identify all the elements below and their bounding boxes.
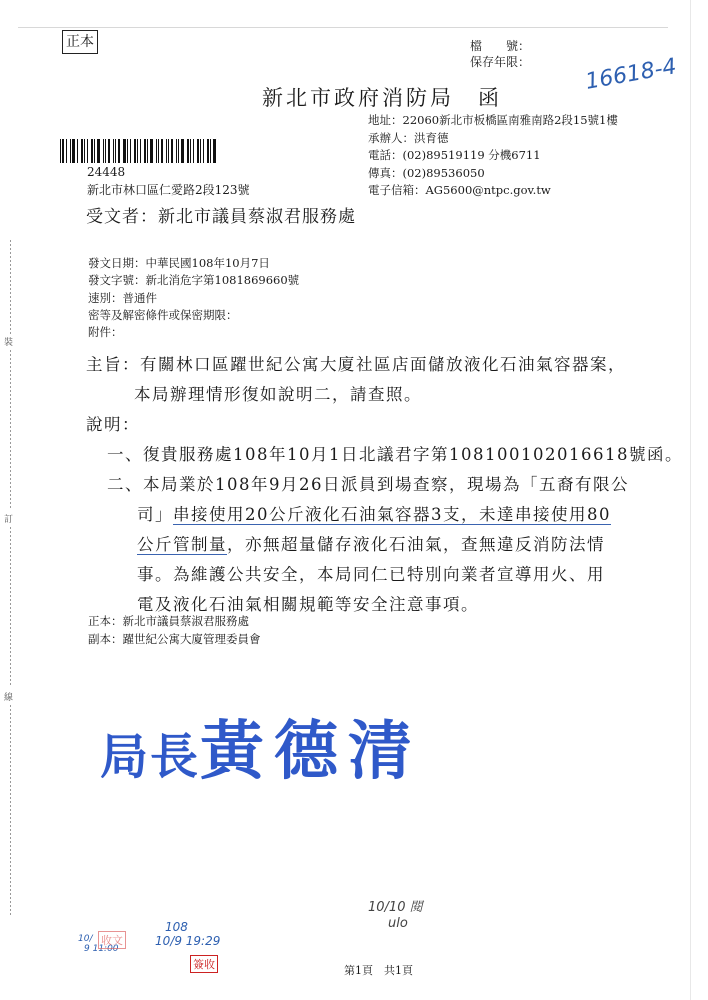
issue-date: 發文日期：中華民國108年10月7日 bbox=[88, 255, 299, 272]
subject-block: 主旨：有關林口區躍世紀公寓大廈社區店面儲放液化石油氣容器案， 本局辦理情形復如說… bbox=[86, 350, 626, 410]
attachments: 附件： bbox=[88, 324, 299, 341]
scan-right-edge bbox=[690, 0, 691, 1000]
item2-line-2-pre: 司」 bbox=[137, 505, 173, 524]
recipient-postal-block: 24448 新北市林口區仁愛路2段123號 bbox=[87, 163, 250, 199]
document-number: 發文字號：新北消危字第1081869660號 bbox=[88, 272, 299, 289]
recipient-address: 新北市林口區仁愛路2段123號 bbox=[87, 181, 250, 199]
item2-line-2-underlined: 串接使用20公斤液化石油氣容器3支，未達串接使用80 bbox=[173, 505, 611, 525]
distribution-copy: 副本：躍世紀公寓大廈管理委員會 bbox=[88, 630, 261, 648]
postal-barcode bbox=[60, 139, 221, 163]
receipt-stamp-1: 收文 bbox=[98, 931, 126, 949]
binding-mark-line: 線 bbox=[4, 690, 13, 703]
reviewer-handwriting: 10/10 閱 ulo bbox=[368, 900, 423, 932]
subject-line-2: 本局辦理情形復如說明二，請查照。 bbox=[86, 380, 626, 410]
binding-line-segment bbox=[10, 350, 11, 510]
explanation-item-2: 二、本局業於108年9月26日派員到場查察，現場為「五裔有限公 司」串接使用20… bbox=[107, 470, 647, 620]
sender-address: 地址：22060新北市板橋區南雅南路2段15號1樓 bbox=[368, 112, 618, 130]
item2-line-1: 二、本局業於108年9月26日派員到場查察，現場為「五裔有限公 bbox=[107, 470, 647, 500]
item2-line-3-post: ，亦無超量儲存液化石油氣，查無違反消防法情 bbox=[227, 535, 605, 554]
sender-email: 電子信箱：AG5600@ntpc.gov.tw bbox=[368, 182, 618, 200]
explanation-label: 說明： bbox=[86, 410, 140, 440]
delivery-speed: 速別：普通件 bbox=[88, 290, 299, 307]
sender-phone: 電話：(02)89519119 分機6711 bbox=[368, 147, 618, 165]
subject-line-1: 有關林口區躍世紀公寓大廈社區店面儲放液化石油氣容器案， bbox=[140, 355, 626, 374]
distribution-original: 正本：新北市議員蔡淑君服務處 bbox=[88, 612, 261, 630]
document-meta-block: 發文日期：中華民國108年10月7日 發文字號：新北消危字第1081869660… bbox=[88, 255, 299, 341]
binding-mark-bind: 裝 bbox=[4, 335, 13, 348]
retention-label: 保存年限： bbox=[470, 53, 530, 71]
binding-line-segment bbox=[10, 240, 11, 335]
sender-handler: 承辦人：洪育德 bbox=[368, 130, 618, 148]
confidentiality: 密等及解密條件或保密期限： bbox=[88, 307, 299, 324]
recipient-zip: 24448 bbox=[87, 163, 250, 181]
item2-line-4: 事。為維護公共安全，本局同仁已特別向業者宣導用火、用 bbox=[107, 560, 647, 590]
sender-fax: 傳真：(02)89536050 bbox=[368, 165, 618, 183]
scan-top-edge bbox=[18, 27, 668, 28]
binding-line-segment bbox=[10, 527, 11, 687]
binding-line-segment bbox=[10, 705, 11, 915]
receipt-handwriting-2: 108 10/9 19:29 bbox=[155, 920, 220, 948]
receipt-stamp-2: 簽收 bbox=[190, 955, 218, 973]
sender-info-block: 地址：22060新北市板橋區南雅南路2段15號1樓 承辦人：洪育德 電話：(02… bbox=[368, 112, 618, 200]
item2-line-3-underlined: 公斤管制量 bbox=[137, 535, 227, 555]
handwritten-reference-number: 16618-4 bbox=[584, 54, 679, 95]
copy-type-box: 正本 bbox=[62, 30, 98, 54]
explanation-item-1: 一、復貴服務處108年10月1日北議君字第10810010201661​8號函。 bbox=[107, 440, 683, 470]
binding-mark-staple: 訂 bbox=[4, 512, 13, 525]
director-signature-seal: 局長黃德清 bbox=[100, 700, 422, 792]
recipient-line: 受文者：新北市議員蔡淑君服務處 bbox=[86, 202, 356, 227]
signature-name: 黃德清 bbox=[200, 714, 422, 789]
signature-title: 局長 bbox=[100, 729, 200, 785]
subject-label: 主旨： bbox=[86, 355, 140, 374]
distribution-block: 正本：新北市議員蔡淑君服務處 副本：躍世紀公寓大廈管理委員會 bbox=[88, 612, 261, 648]
page-number: 第1頁 共1頁 bbox=[344, 962, 413, 978]
document-title: 新北市政府消防局 函 bbox=[262, 82, 502, 112]
